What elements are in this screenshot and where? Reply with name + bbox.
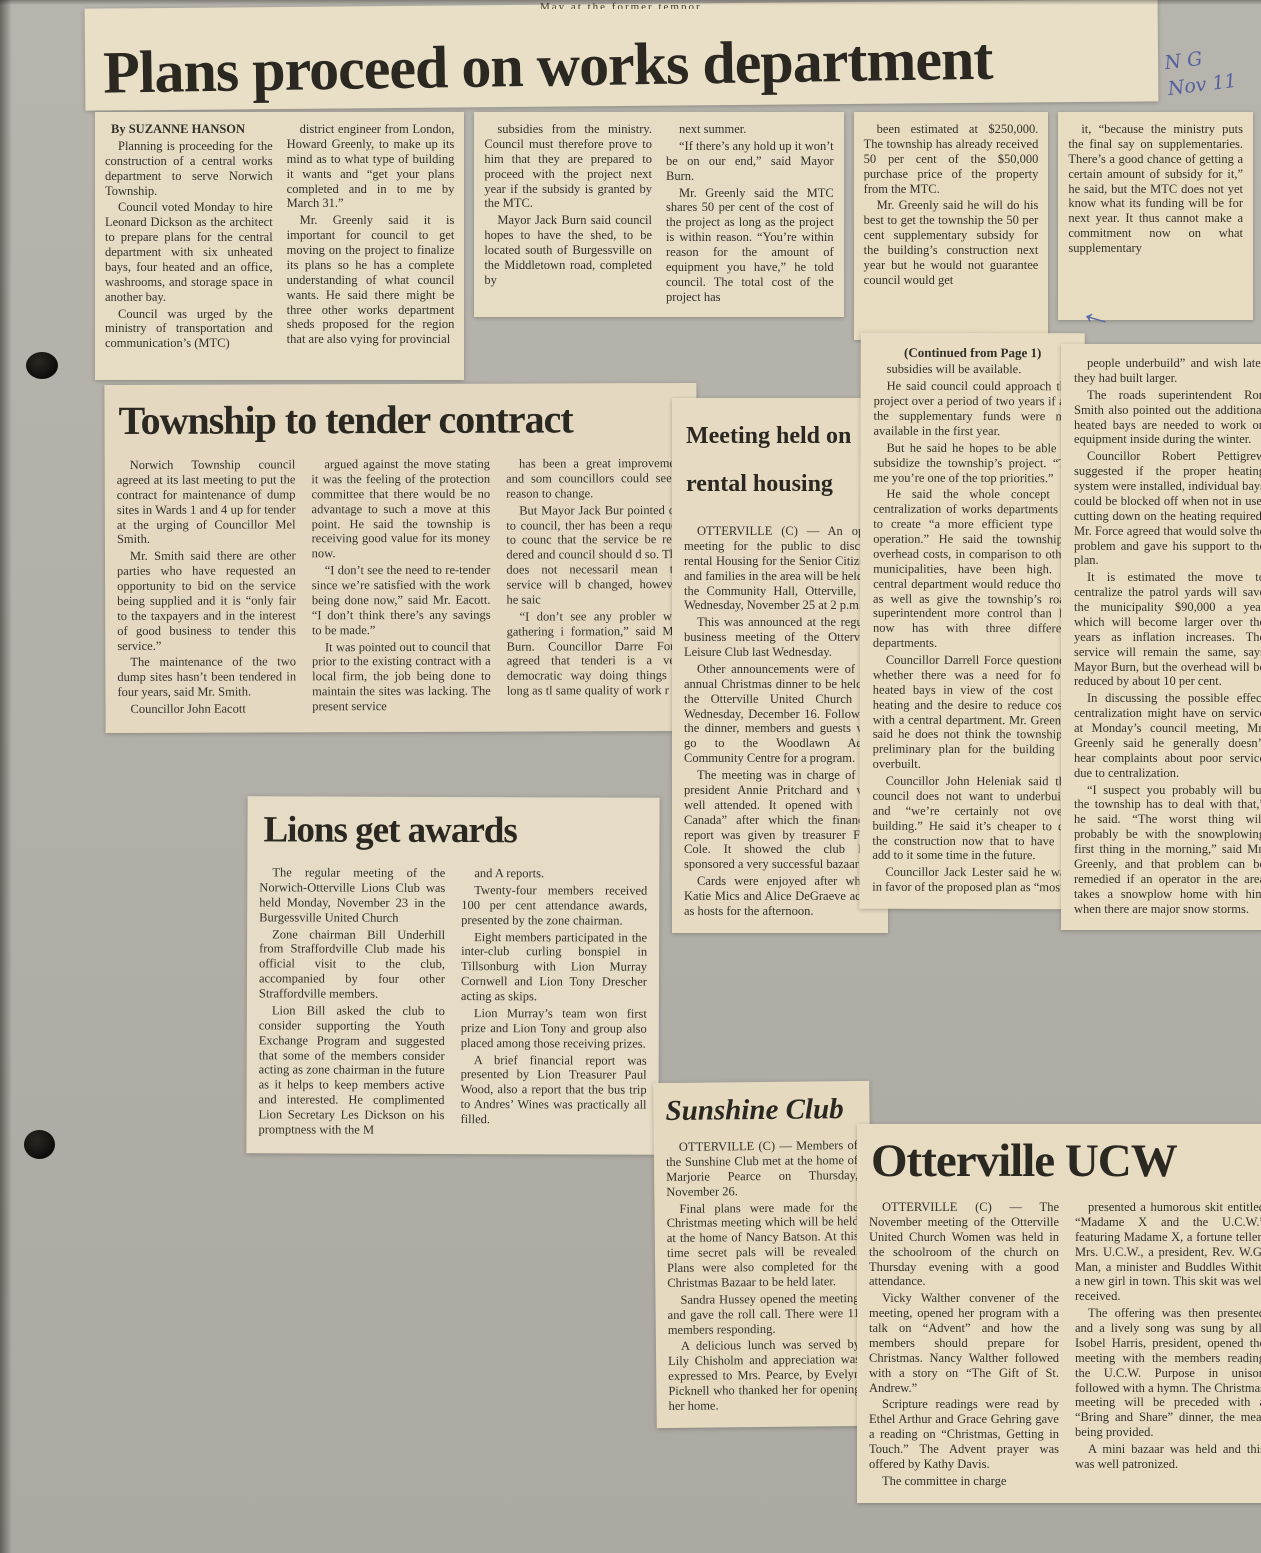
paragraph: A brief financial report was presented b… bbox=[460, 1053, 646, 1128]
paragraph: been estimated at $250,000. The township… bbox=[864, 122, 1039, 196]
article-column: Norwich Township council agreed at its l… bbox=[117, 455, 297, 716]
paragraph: Other announcements were of the annual C… bbox=[684, 662, 876, 766]
paragraph: Lion Bill asked the club to consider sup… bbox=[258, 1003, 444, 1138]
hole-punch bbox=[24, 1130, 55, 1159]
paragraph: and A reports. bbox=[461, 866, 647, 882]
paragraph: Vicky Walther convener of the meeting, o… bbox=[869, 1291, 1059, 1395]
paragraph: The meeting was in charge of the preside… bbox=[684, 768, 876, 872]
paragraph: Council voted Monday to hire Leonard Dic… bbox=[105, 200, 273, 304]
paragraph: argued against the move stating it was t… bbox=[311, 457, 490, 562]
paragraph: OTTERVILLE (C) — The November meeting of… bbox=[869, 1200, 1059, 1289]
paragraph: Sandra Hussey opened the meeting and gav… bbox=[667, 1291, 859, 1338]
clipping-rental-housing: Meeting held onrental housing OTTERVILLE… bbox=[672, 398, 888, 933]
rental-headline: Meeting held onrental housing bbox=[686, 412, 876, 508]
hole-punch bbox=[26, 352, 58, 379]
paragraph: “If there’s any hold up it won’t be on o… bbox=[666, 139, 834, 184]
main-headline: Plans proceed on works department bbox=[103, 25, 993, 108]
clipping-otterville-ucw: Otterville UCW OTTERVILLE (C) — The Nove… bbox=[857, 1124, 1261, 1503]
article-column: presented a humorous skit entitled “Mada… bbox=[1075, 1198, 1261, 1472]
paragraph: Zone chairman Bill Underhill from Straff… bbox=[259, 927, 445, 1002]
clipping-piece: subsidies from the ministry. Council mus… bbox=[474, 112, 843, 317]
lions-columns: The regular meeting of the Norwich-Otter… bbox=[258, 863, 647, 1138]
paragraph: The committee in charge bbox=[869, 1474, 1059, 1489]
paragraph: Councillor John Eacott bbox=[118, 701, 297, 716]
ucw-columns: OTTERVILLE (C) — The November meeting of… bbox=[869, 1198, 1261, 1489]
paragraph: The offering was then presented and a li… bbox=[1075, 1306, 1261, 1440]
article-column: it, “because the ministry puts the final… bbox=[1068, 120, 1243, 308]
paragraph: OTTERVILLE (C) — An open meeting for the… bbox=[684, 524, 876, 613]
clipping-piece: By SUZANNE HANSON Planning is proceeding… bbox=[95, 112, 464, 380]
paragraph: The maintenance of the two dump sites ha… bbox=[117, 655, 296, 700]
paragraph: This was announced at the regular busine… bbox=[684, 615, 876, 660]
article-column: district engineer from London, Howard Gr… bbox=[287, 120, 455, 368]
paragraph: it, “because the ministry puts the final… bbox=[1068, 122, 1243, 256]
paragraph: subsidies will be available. bbox=[874, 362, 1072, 377]
article-column: subsidies from the ministry. Council mus… bbox=[484, 120, 652, 305]
ucw-headline: Otterville UCW bbox=[871, 1134, 1261, 1188]
handwritten-margin-note: N G Nov 11 bbox=[1163, 42, 1238, 102]
paragraph: people underbuild” and wish later they h… bbox=[1074, 356, 1261, 386]
article-column: and A reports.Twenty-four members receiv… bbox=[460, 864, 647, 1128]
byline: By SUZANNE HANSON bbox=[105, 122, 273, 137]
paragraph: He said council could approach the proje… bbox=[873, 379, 1071, 439]
township-headline: Township to tender contract bbox=[118, 395, 684, 444]
paragraph: In discussing the possible effect centra… bbox=[1074, 691, 1261, 780]
paragraph: He said the whole concept of centralizat… bbox=[873, 487, 1071, 651]
article-column: The regular meeting of the Norwich-Otter… bbox=[258, 863, 445, 1137]
paragraph: subsidies from the ministry. Council mus… bbox=[484, 122, 652, 211]
rental-headline-line1: Meeting held on bbox=[686, 423, 851, 449]
paragraph: Scripture readings were read by Ethel Ar… bbox=[869, 1397, 1059, 1471]
paragraph: A delicious lunch was served by Lily Chi… bbox=[668, 1337, 861, 1413]
paragraph: But Mayor Jack Bur pointed out to counci… bbox=[506, 503, 685, 608]
paragraph: Councillor Darrell Force questioned whet… bbox=[873, 653, 1071, 773]
paragraph: Mayor Jack Burn said council hopes to ha… bbox=[484, 213, 652, 287]
clipping-lions: Lions get awards The regular meeting of … bbox=[246, 796, 659, 1154]
paragraph: Mr. Greenly said it is important for cou… bbox=[287, 213, 455, 347]
paragraph: Councillor Robert Pettigrew suggested if… bbox=[1074, 449, 1261, 568]
clipping-continued-column-1: (Continued from Page 1) subsidies will b… bbox=[859, 333, 1085, 910]
lions-headline: Lions get awards bbox=[263, 808, 647, 852]
article-column: has been a great improvement and som cou… bbox=[506, 454, 686, 699]
paragraph: Final plans were made for the Christmas … bbox=[666, 1199, 859, 1290]
paragraph: “I don’t see any probler with gathering … bbox=[507, 609, 686, 699]
article-column: OTTERVILLE (C) — Members of the Sunshine… bbox=[666, 1138, 861, 1414]
paragraph: A mini bazaar was held and this was well… bbox=[1075, 1442, 1261, 1472]
article-column: OTTERVILLE (C) — The November meeting of… bbox=[869, 1198, 1059, 1489]
article-column: next summer.“If there’s any hold up it w… bbox=[666, 120, 834, 305]
clipping-township: Township to tender contract Norwich Town… bbox=[104, 383, 697, 733]
paragraph: district engineer from London, Howard Gr… bbox=[287, 122, 455, 211]
paragraph: Mr. Smith said there are other parties w… bbox=[117, 549, 296, 654]
paragraph: next summer. bbox=[666, 122, 834, 137]
paragraph: The roads superintendent Ron Smith also … bbox=[1074, 388, 1261, 448]
article-column: OTTERVILLE (C) — An open meeting for the… bbox=[684, 524, 876, 919]
sunshine-headline: Sunshine Club bbox=[665, 1093, 857, 1128]
clipping-continued-column-2: people underbuild” and wish later they h… bbox=[1061, 344, 1261, 930]
paragraph: “I suspect you probably will but the tow… bbox=[1074, 783, 1261, 917]
paragraph: But he said he hopes to be able to subsi… bbox=[873, 441, 1071, 486]
rental-headline-line2: rental housing bbox=[686, 471, 833, 497]
continued-header: (Continued from Page 1) bbox=[874, 345, 1072, 361]
paragraph: presented a humorous skit entitled “Mada… bbox=[1075, 1200, 1261, 1304]
article-column: (Continued from Page 1) subsidies will b… bbox=[872, 345, 1071, 896]
paragraph: Mr. Greenly said the MTC shares 50 per c… bbox=[666, 186, 834, 305]
paragraph: Councillor John Heleniak said the counci… bbox=[872, 774, 1070, 864]
paragraph: Planning is proceeding for the construct… bbox=[105, 139, 273, 199]
clipping-piece: been estimated at $250,000. The township… bbox=[854, 112, 1049, 340]
paragraph: It was pointed out to council that prior… bbox=[312, 639, 491, 714]
paragraph: It is estimated the move to centralize t… bbox=[1074, 570, 1261, 689]
paragraph: Mr. Greenly said he will do his best to … bbox=[864, 198, 1039, 287]
paragraph: Norwich Township council agreed at its l… bbox=[117, 457, 296, 547]
clipping-piece: it, “because the ministry puts the final… bbox=[1058, 112, 1253, 320]
paragraph: Eight members participated in the inter-… bbox=[461, 930, 647, 1005]
township-columns: Norwich Township council agreed at its l… bbox=[117, 454, 686, 717]
paragraph: “I don’t see the need to re-tender since… bbox=[312, 563, 491, 638]
article-column: argued against the move stating it was t… bbox=[311, 455, 491, 714]
paragraph: Cards were enjoyed after which Katie Mic… bbox=[684, 874, 876, 919]
torn-edge-text-fragment: May at the former tempor bbox=[540, 0, 1170, 9]
paragraph: Lion Murray’s team won first prize and L… bbox=[461, 1006, 647, 1051]
paragraph: has been a great improvement and som cou… bbox=[506, 456, 685, 501]
clipping-sunshine-club: Sunshine Club OTTERVILLE (C) — Members o… bbox=[653, 1081, 873, 1428]
paragraph: Twenty-four members received 100 per cen… bbox=[461, 883, 647, 928]
paragraph: Council was urged by the ministry of tra… bbox=[105, 307, 273, 352]
paragraph: Councillor Jack Lester said he was in fa… bbox=[872, 865, 1070, 895]
paragraph: The regular meeting of the Norwich-Otter… bbox=[259, 865, 445, 925]
paragraph: OTTERVILLE (C) — Members of the Sunshine… bbox=[666, 1138, 859, 1200]
clipping-works-headline: Plans proceed on works department bbox=[85, 0, 1159, 111]
article-column: been estimated at $250,000. The township… bbox=[864, 120, 1039, 328]
article-column: By SUZANNE HANSON Planning is proceeding… bbox=[105, 120, 273, 368]
article-column: people underbuild” and wish later they h… bbox=[1074, 356, 1261, 916]
